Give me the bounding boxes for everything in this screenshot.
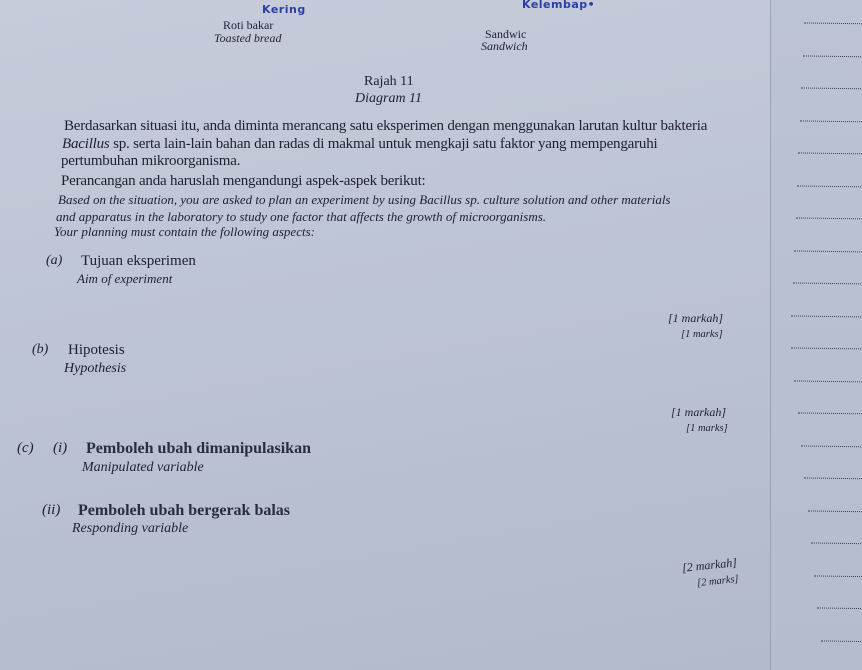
answer-line	[811, 542, 862, 544]
diagram-label-sandwich: Sandwich	[481, 39, 528, 54]
answer-line	[797, 185, 862, 187]
question-b-marks-en: [1 marks]	[686, 423, 728, 434]
answer-line	[801, 445, 862, 447]
answer-line	[791, 347, 862, 349]
answer-line	[803, 55, 862, 57]
answer-line	[794, 380, 862, 382]
answer-line	[793, 282, 862, 284]
answer-line	[791, 315, 862, 317]
answer-line	[796, 217, 862, 219]
question-b-label: (b)	[32, 342, 48, 358]
exam-page: Kering Kelembap• Roti bakar Toasted brea…	[0, 0, 770, 670]
instruction-en-line-3: Your planning must contain the following…	[54, 224, 315, 240]
answer-line	[798, 152, 862, 154]
answer-lines-page	[770, 0, 862, 670]
instruction-bm-line-1: Berdasarkan situasi itu, anda diminta me…	[64, 118, 707, 135]
answer-line	[821, 640, 862, 642]
question-c-label: (c)	[17, 440, 34, 457]
question-b-marks-bm: [1 markah]	[671, 405, 726, 420]
question-c-i-title-bm: Pemboleh ubah dimanipulasikan	[86, 440, 311, 458]
question-c-marks-bm: [2 markah]	[681, 555, 737, 576]
question-b-title-en: Hypothesis	[64, 361, 126, 377]
diagram-caption-bm: Rajah 11	[364, 74, 414, 90]
handwritten-note-kelembapan: Kelembap•	[522, 0, 595, 11]
answer-line	[807, 510, 862, 512]
instruction-bm-line-4: Perancangan anda haruslah mengandungi as…	[61, 173, 426, 190]
question-a-title-en: Aim of experiment	[77, 271, 172, 287]
question-a-marks-bm: [1 markah]	[668, 311, 723, 326]
answer-line	[794, 250, 862, 252]
question-a-title-bm: Tujuan eksperimen	[81, 253, 196, 270]
instruction-bm-line-3: pertumbuhan mikroorganisma.	[61, 153, 240, 170]
instruction-en-line-1: Based on the situation, you are asked to…	[58, 192, 671, 208]
instruction-bm-line-2: Bacillus sp. serta lain-lain bahan dan r…	[62, 136, 657, 153]
answer-line	[804, 477, 862, 479]
diagram-caption-en: Diagram 11	[355, 91, 422, 107]
question-c-ii-label: (ii)	[42, 502, 60, 519]
question-c-ii-title-bm: Pemboleh ubah bergerak balas	[78, 502, 290, 520]
answer-line	[798, 412, 862, 414]
question-a-label: (a)	[46, 253, 62, 269]
question-c-i-label: (i)	[53, 440, 67, 457]
question-c-i-title-en: Manipulated variable	[82, 460, 204, 476]
question-b-title-bm: Hipotesis	[68, 342, 125, 359]
answer-line	[804, 22, 862, 24]
answer-line	[817, 607, 862, 609]
diagram-label-toasted-bread: Toasted bread	[214, 31, 281, 46]
instruction-en-line-2: and apparatus in the laboratory to study…	[56, 209, 546, 225]
question-c-ii-title-en: Responding variable	[72, 521, 188, 537]
question-c-marks-en: [2 marks]	[697, 574, 740, 589]
answer-line	[800, 120, 862, 122]
handwritten-note-kering: Kering	[262, 3, 306, 16]
bacillus-term: Bacillus	[62, 136, 110, 152]
answer-line	[814, 575, 862, 577]
answer-line	[801, 87, 862, 89]
instruction-bm-line-2-rest: sp. serta lain-lain bahan dan radas di m…	[113, 136, 657, 152]
question-a-marks-en: [1 marks]	[681, 329, 723, 340]
